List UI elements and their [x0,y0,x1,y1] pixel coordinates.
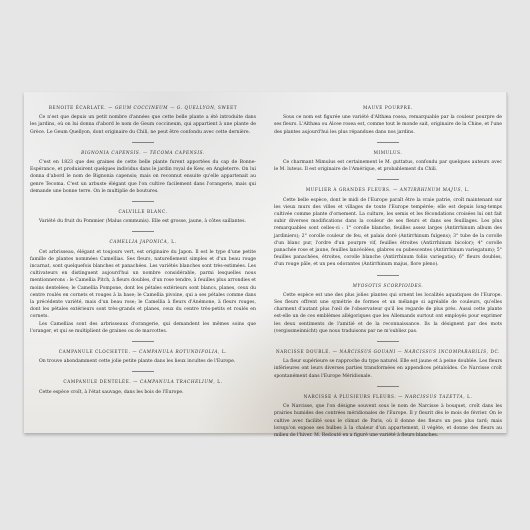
entry-heading: Bignonia capensis. — Tecoma capensis. [30,149,256,156]
entry: Narcisse à plusieurs fleurs. — Narcissus… [274,393,502,439]
entry-heading: Campanule clochette. — Campanula rotundi… [30,348,256,355]
entry-heading: Mauve pourpre. [274,104,502,111]
heading-latin-name: Bignonia capensis. — Tecoma capensis. [81,150,205,155]
entry: Narcisse double. — Narcissus gouani — Na… [274,348,502,380]
section-divider [377,142,399,143]
entry: Campanule clochette. — Campanula rotundi… [30,348,256,365]
entry-text: C'est en 1823 que des graines de cette b… [30,159,256,195]
entry-heading: Narcisse à plusieurs fleurs. — Narcissus… [274,393,502,400]
heading-common-name: Campanule clochette. — [59,349,139,354]
entry: Camellia japonica, L.Cet arbrisseau, élé… [30,238,256,335]
heading-common-name: Muflier à grandes fleurs. — [306,187,400,192]
entry: Muflier à grandes fleurs. — Antirrhinum … [274,186,502,268]
entry-heading: Benoite écarlate. — Geum coccineum — G. … [30,104,256,111]
entry-heading: Camellia japonica, L. [30,238,256,245]
book-page-spread: Benoite écarlate. — Geum coccineum — G. … [24,92,507,433]
section-divider [377,275,399,276]
entry-heading: Muflier à grandes fleurs. — Antirrhinum … [274,186,502,193]
heading-latin-name: Narcissus tazetta, [405,394,467,399]
section-divider [377,386,399,387]
entry-heading: Myosotis scorpioides. [274,282,502,289]
section-divider [132,341,154,342]
entry-text: Ce n'est que depuis un petit nombre d'an… [30,114,256,136]
heading-common-name: Campanule dentelée. — [63,379,140,384]
heading-authority: L. [217,379,222,384]
section-divider [132,201,154,202]
heading-common-name: Mauve pourpre. [363,105,413,110]
heading-latin-name: Campanula rotundifolia, [139,349,222,354]
entry-text: Cette espèce est une des plus jolies pla… [274,292,502,335]
entry-text: Variété du fruit du Pommier (Malus commu… [30,218,256,225]
heading-latin-name: Camellia japonica, [109,239,171,244]
entry: Campanule dentelée. — Campanula tracheli… [30,378,256,395]
entry: Myosotis scorpioides.Cette espèce est un… [274,282,502,335]
heading-authority: L. [171,239,176,244]
heading-latin-name: Narcissus gouani — Narcissus incomparabi… [340,349,491,354]
entry: Calville blanc.Variété du fruit du Pommi… [30,208,256,225]
heading-latin-name: Myosotis scorpioides. [353,283,424,288]
heading-latin-name: Campanula trachelium, [140,379,217,384]
heading-common-name: Calville blanc. [118,209,167,214]
heading-authority: Sweet [218,105,237,110]
entry-text: Les Camellias sont des arbrisseaux d'ora… [30,321,256,335]
entry: Bignonia capensis. — Tecoma capensis.C'e… [30,149,256,195]
entry-heading: Mimulus. [274,149,502,156]
heading-latin-name: Antirrhinum majus, [400,187,465,192]
entry: Benoite écarlate. — Geum coccineum — G. … [30,104,256,136]
heading-authority: L. [467,394,472,399]
entry-text: On trouve abondamment cette jolie petite… [30,358,256,365]
entry-heading: Calville blanc. [30,208,256,215]
section-divider [377,341,399,342]
entry-text: La fleur supérieure se rapproche du type… [274,358,502,380]
right-column: Mauve pourpre.Sous ce nom est figurée un… [274,104,502,441]
heading-common-name: Narcisse à plusieurs fleurs. — [304,394,405,399]
entry: Mimulus.Ce charmant Mimulus est certaine… [274,149,502,174]
heading-authority: DC. [491,349,501,354]
entry-heading: Campanule dentelée. — Campanula tracheli… [30,378,256,385]
heading-authority: L. [222,349,227,354]
entry-text: Ce Narcisse, que l'on désigne souvent so… [274,403,502,439]
entry-text: Sous ce nom est figurée une variété d'Al… [274,114,502,136]
entry-text: Cette espèce croît, à l'état sauvage, da… [30,389,256,396]
section-divider [377,179,399,180]
heading-common-name: Mimulus. [374,150,403,155]
entry-text: Ce charmant Mimulus est certainement le … [274,159,502,173]
heading-latin-name: Geum coccineum — G. Quellyon, [115,105,218,110]
heading-authority: L. [465,187,470,192]
entry-heading: Narcisse double. — Narcissus gouani — Na… [274,348,502,355]
heading-common-name: Narcisse double. — [276,349,340,354]
entry: Mauve pourpre.Sous ce nom est figurée un… [274,104,502,136]
section-divider [132,142,154,143]
heading-common-name: Benoite écarlate. — [49,105,115,110]
entry-text: Cette belle espèce, dont le midi de l'Eu… [274,197,502,269]
section-divider [132,231,154,232]
entry-text: Cet arbrisseau, élégant et toujours vert… [30,249,256,321]
section-divider [132,371,154,372]
left-column: Benoite écarlate. — Geum coccineum — G. … [30,104,256,398]
